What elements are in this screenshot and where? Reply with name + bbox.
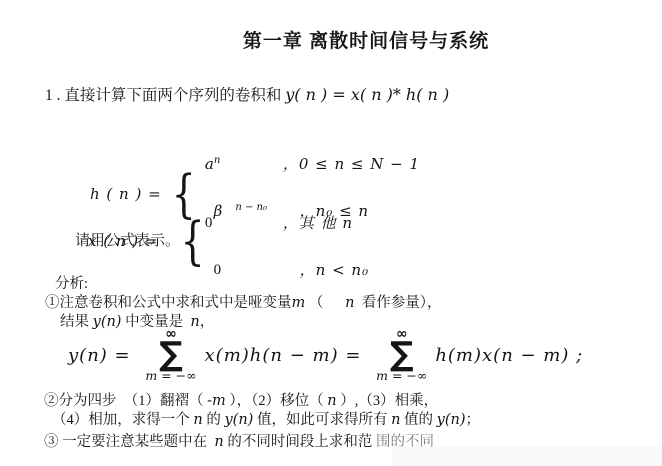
analysis-point-2: ②分为四步 （1）翻褶（ -m ），（2）移位（ n ）,（3）相乘， <box>44 389 438 410</box>
analysis-point-1-paren: （ <box>305 295 345 311</box>
x-case-2-value: 0 <box>214 259 300 282</box>
step-2-text: ②分为四步 （1）翻褶（ <box>44 393 207 409</box>
variable-n: n <box>193 412 202 428</box>
summation-2: ∞ ∑ m = −∞ <box>376 329 427 382</box>
x-case-2-condition: ，n < n₀ <box>300 259 369 282</box>
x-case-1-value: βn − n₀ <box>214 200 300 223</box>
problem-convolution-math: y( n ) = x( n )* h( n ) <box>285 85 449 104</box>
instruction-text: 请用公式表示。 <box>75 229 180 250</box>
convolution-sum-formula: y(n) = ∞ ∑ m = −∞ x(m)h(n − m) = ∞ ∑ m =… <box>68 329 583 382</box>
formula-term-2: h(m)x(n − m) ; <box>435 345 583 366</box>
sigma-icon: ∑ <box>390 339 414 369</box>
analysis-point-1-end: 看作参量）， <box>354 295 441 311</box>
step-4-mid-1: 的 <box>203 412 225 428</box>
step-4-text: （4）相加，求得一个 <box>52 412 193 428</box>
analysis-point-3: ③ 一定要注意某些题中在 n 的不同时间段上求和范 围的不同 <box>44 430 434 451</box>
analysis-result-line: 结果 y(n) 中变量是 n， <box>60 310 214 331</box>
y-of-n-math: y(n) <box>93 314 122 330</box>
step-4-mid-3: 值的 <box>400 412 436 428</box>
x-case-1-exponent: n − n₀ <box>235 202 267 213</box>
y-of-n-math: y(n) <box>437 412 466 428</box>
step-3-text: ③ 一定要注意某些题中在 <box>44 434 214 450</box>
sigma-icon: ∑ <box>159 339 183 369</box>
step-4-mid-2: 值，如此可求得所有 <box>253 412 391 428</box>
lower-limit: m = −∞ <box>145 369 196 382</box>
formula-lhs: y(n) = <box>68 345 137 366</box>
problem-statement: 1 . 直接计算下面两个序列的卷积和 y( n ) = x( n )* h( n… <box>45 83 449 105</box>
negative-m-math: -m <box>207 393 226 409</box>
variable-n: n <box>190 314 199 330</box>
analysis-point-1-text: ①注意卷积和公式中求和式中是哑变量 <box>45 295 292 311</box>
scan-artifact <box>392 446 662 466</box>
formula-term-1: x(m)h(n − m) = <box>205 345 369 366</box>
lower-limit: m = −∞ <box>376 369 427 382</box>
x-case-1: βn − n₀ ，n₀ ≤ n <box>214 200 369 223</box>
step-4-end: ； <box>466 412 481 428</box>
step-3-mid: 的不同时间段上求和范 <box>224 434 376 450</box>
analysis-heading: 分析: <box>55 272 88 293</box>
step-2-mid: ），（2）移位（ <box>226 393 328 409</box>
result-text: 结果 <box>60 314 93 330</box>
result-end: ， <box>200 314 215 330</box>
variable-n: n <box>214 434 223 450</box>
analysis-step-4-line: （4）相加，求得一个 n 的 y(n) 值，如此可求得所有 n 值的 y(n)； <box>52 408 480 429</box>
x-case-1-base: β <box>214 202 223 220</box>
problem-text: 1 . 直接计算下面两个序列的卷积和 <box>45 87 285 104</box>
left-brace-icon: { <box>180 215 204 266</box>
result-mid-text: 中变量是 <box>121 314 190 330</box>
document-page: 第一章 离散时间信号与系统 1 . 直接计算下面两个序列的卷积和 y( n ) … <box>0 0 662 466</box>
summation-1: ∞ ∑ m = −∞ <box>145 329 196 382</box>
dummy-variable-m: m <box>292 295 306 311</box>
analysis-point-1: ①注意卷积和公式中求和式中是哑变量m （ n 看作参量）， <box>45 291 441 312</box>
chapter-title: 第一章 离散时间信号与系统 <box>35 26 662 53</box>
x-case-2: 0 ，n < n₀ <box>214 259 369 282</box>
step-2-end: ）,（3）相乘， <box>337 393 439 409</box>
y-of-n-math: y(n) <box>224 412 253 428</box>
shift-n-math: n <box>327 393 336 409</box>
x-case-1-condition: ，n₀ ≤ n <box>300 200 369 223</box>
